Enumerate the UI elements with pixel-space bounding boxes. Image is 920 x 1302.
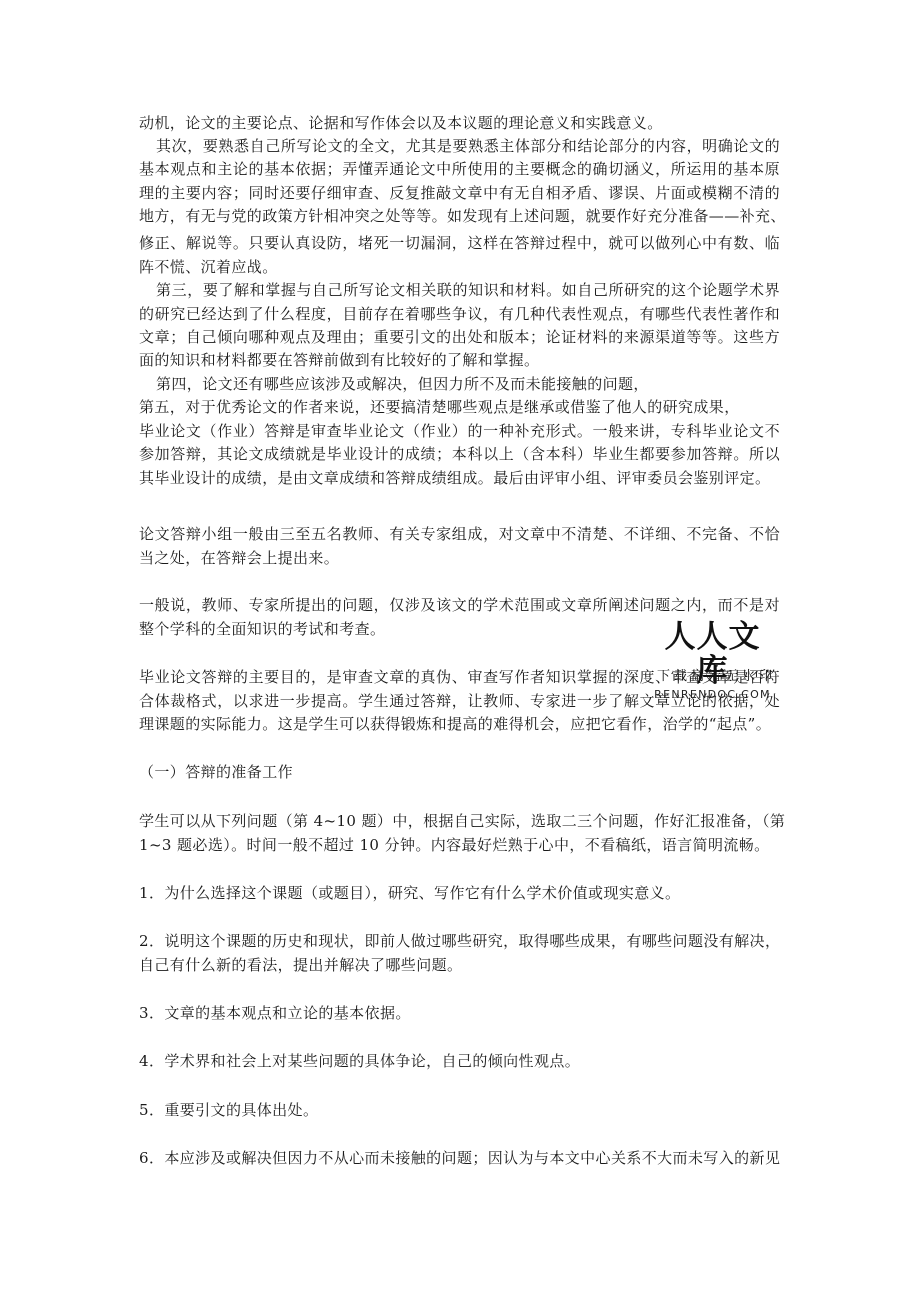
paragraph-line: 理课题的实际能力。这是学生可以获得锻炼和提高的难得机会，应把它看作，治学的“起点…	[139, 713, 780, 735]
document-page: 动机，论文的主要论点、论据和写作体会以及本议题的理论意义和实践意义。 其次，要熟…	[0, 0, 920, 1302]
section-heading: （一）答辩的准备工作	[139, 761, 780, 783]
list-item: 2．说明这个课题的历史和现状，即前人做过哪些研究，取得哪些成果，有哪些问题没有解…	[139, 930, 780, 952]
paragraph-line: 一般说，教师、专家所提出的问题，仅涉及该文的学术范围或文章所阐述问题之内，而不是…	[139, 594, 780, 616]
paragraph-line: 第四，论文还有哪些应该涉及或解决，但因力所不及而未能接触的问题，	[156, 373, 780, 395]
paragraph-line: 的研究已经达到了什么程度，目前存在着哪些争议，有几种代表性观点，有哪些代表性著作…	[139, 303, 780, 325]
list-item: 1．为什么选择这个课题（或题目），研究、写作它有什么学术价值或现实意义。	[139, 882, 780, 904]
list-item-continuation: 自己有什么新的看法，提出并解决了哪些问题。	[139, 954, 780, 976]
paragraph-line: 基本观点和主论的基本依据；弄懂弄通论文中所使用的主要概念的确切涵义，所运用的基本…	[139, 158, 780, 180]
watermark-logo: 人人文库 RENRENDOC.COM	[650, 620, 775, 701]
paragraph-line: 1~3 题必选）。时间一般不超过 10 分钟。内容最好烂熟于心中，不看稿纸，语言…	[139, 834, 780, 856]
paragraph-line: 阵不慌、沉着应战。	[139, 256, 780, 278]
paragraph-line: 第五，对于优秀论文的作者来说，还要搞清楚哪些观点是继承或借鉴了他人的研究成果，	[139, 396, 780, 418]
paragraph-line: 第三，要了解和掌握与自己所写论文相关联的知识和材料。如自己所研究的这个论题学术界	[156, 279, 780, 301]
watermark-tagline: 下载高清无水印	[657, 665, 776, 684]
paragraph-line: 参加答辩，其论文成绩就是毕业设计的成绩；本科以上（含本科）毕业生都要参加答辩。所…	[139, 443, 780, 465]
watermark-brand-en: RENRENDOC.COM	[650, 688, 775, 701]
list-item: 4．学术界和社会上对某些问题的具体争论，自己的倾向性观点。	[139, 1050, 780, 1072]
paragraph-line: 面的知识和材料都要在答辩前做到有比较好的了解和掌握。	[139, 349, 780, 371]
paragraph-line: 修正、解说等。只要认真设防，堵死一切漏洞，这样在答辩过程中，就可以做列心中有数、…	[139, 232, 780, 254]
paragraph-line: 其次，要熟悉自己所写论文的全文，尤其是要熟悉主体部分和结论部分的内容，明确论文的	[156, 135, 780, 157]
paragraph-line: 理的主要内容；同时还要仔细审查、反复推敲文章中有无自相矛盾、谬误、片面或模糊不清…	[139, 182, 780, 204]
paragraph-line: 地方，有无与党的政策方针相冲突之处等等。如发现有上述问题，就要作好充分准备——补…	[139, 205, 780, 227]
list-item: 5．重要引文的具体出处。	[139, 1099, 780, 1121]
paragraph-line: 文章；自己倾向哪种观点及理由；重要引文的出处和版本；论证材料的来源渠道等等。这些…	[139, 326, 780, 348]
paragraph-line: 动机，论文的主要论点、论据和写作体会以及本议题的理论意义和实践意义。	[139, 112, 780, 134]
paragraph-line: 其毕业设计的成绩，是由文章成绩和答辩成绩组成。最后由评审小组、评审委员会鉴别评定…	[139, 467, 780, 489]
list-item: 3．文章的基本观点和立论的基本依据。	[139, 1002, 780, 1024]
paragraph-line: 学生可以从下列问题（第 4~10 题）中，根据自己实际，选取二三个问题，作好汇报…	[139, 810, 780, 832]
list-item: 6．本应涉及或解决但因力不从心而未接触的问题；因认为与本文中心关系不大而未写入的…	[139, 1147, 780, 1169]
paragraph-line: 毕业论文（作业）答辩是审查毕业论文（作业）的一种补充形式。一般来讲，专科毕业论文…	[139, 420, 780, 442]
paragraph-line: 当之处，在答辩会上提出来。	[139, 547, 780, 569]
paragraph-line: 论文答辩小组一般由三至五名教师、有关专家组成，对文章中不清楚、不详细、不完备、不…	[139, 523, 780, 545]
